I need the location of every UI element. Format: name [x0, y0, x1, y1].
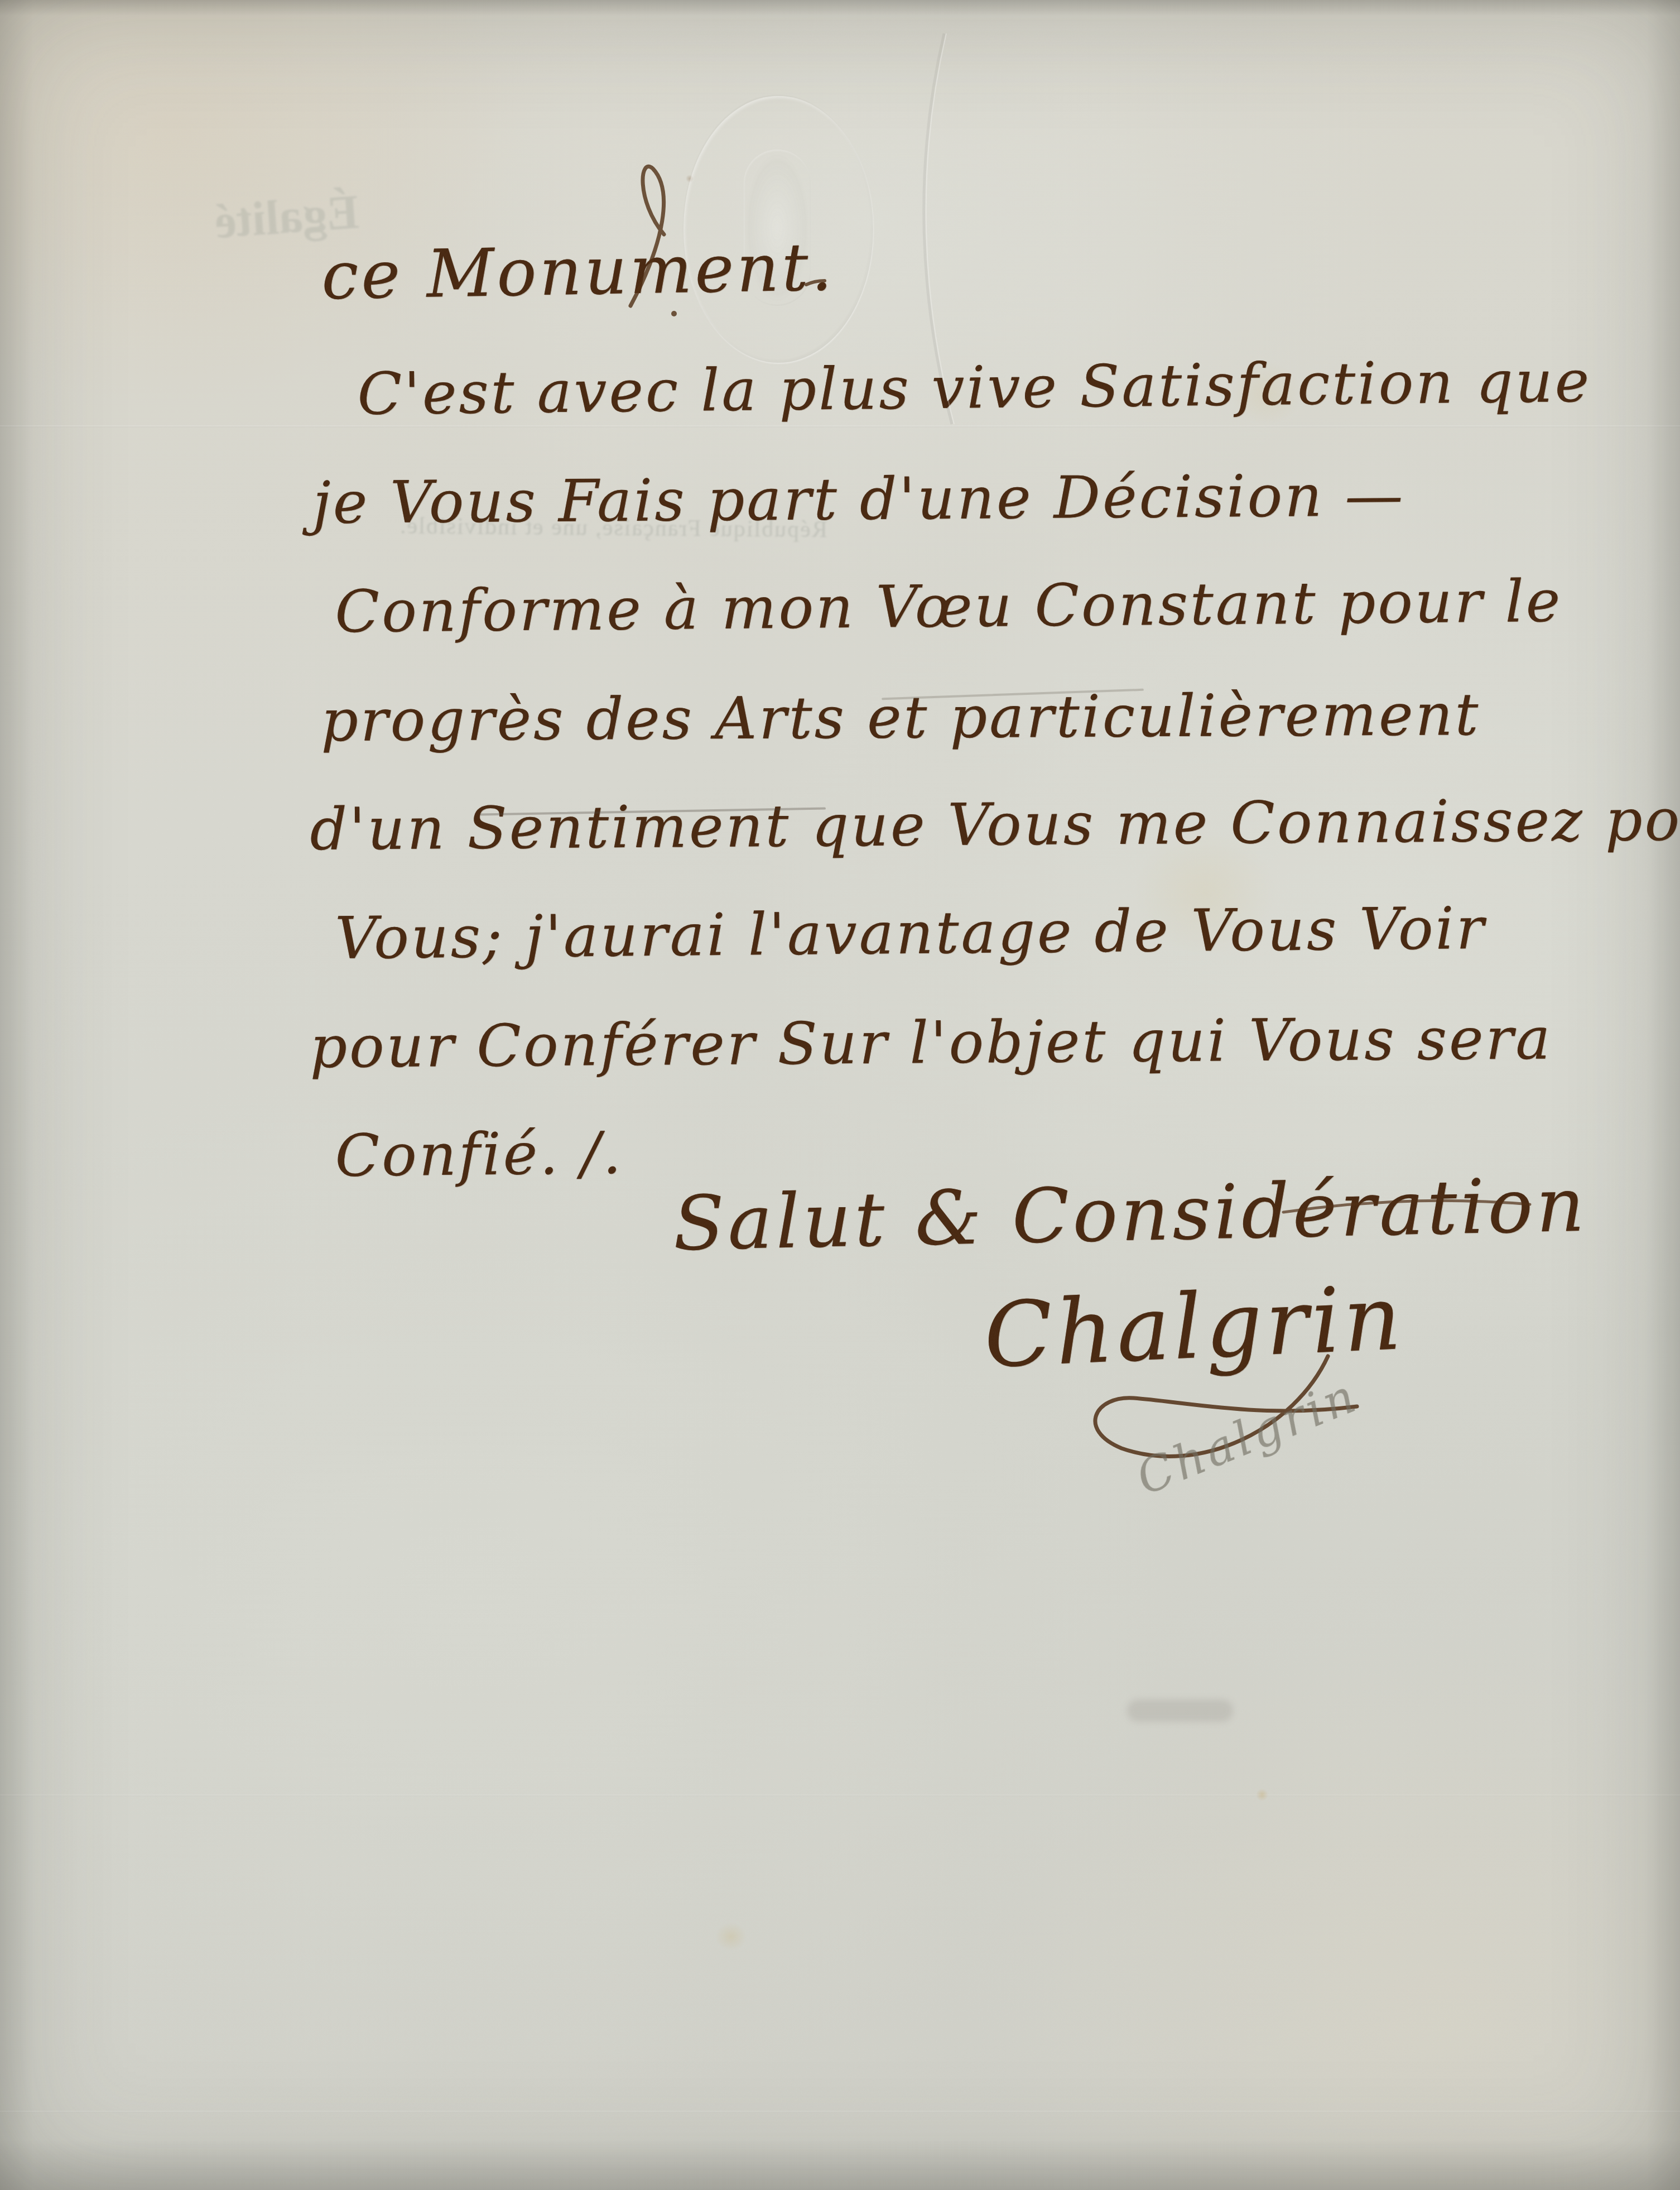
- letter-line-9: Confié. /.: [335, 1119, 624, 1190]
- letter-line-6: d'un Sentiment que Vous me Connaissez po…: [310, 785, 1680, 863]
- letter-line-4: Conforme à mon Vœu Constant pour le: [335, 567, 1563, 646]
- fold-crease-horizontal: [0, 1794, 1680, 1797]
- fold-crease-horizontal: [0, 425, 1680, 428]
- closing-salutation: Salut & Considération: [672, 1161, 1588, 1267]
- letter-line-1: ce Monument.: [321, 228, 835, 314]
- letter-line-7: Vous; j'aurai l'avantage de Vous Voir: [335, 894, 1486, 972]
- letter-line-5: progrès des Arts et particulièrement: [321, 680, 1481, 755]
- letter-line-3: je Vous Fais part d'une Décision —: [312, 461, 1405, 537]
- letter-line-2: C'est avec la plus vive Satisfaction que: [357, 347, 1592, 428]
- pencil-smudge: [1127, 1699, 1233, 1722]
- letter-line-8: pour Conférer Sur l'objet qui Vous sera: [310, 1004, 1553, 1081]
- fold-crease-horizontal: [0, 2111, 1680, 2113]
- letter-photograph: Égalité République Française, une et ind…: [0, 0, 1680, 2190]
- pencil-signature: Chalgrin: [1129, 1367, 1365, 1506]
